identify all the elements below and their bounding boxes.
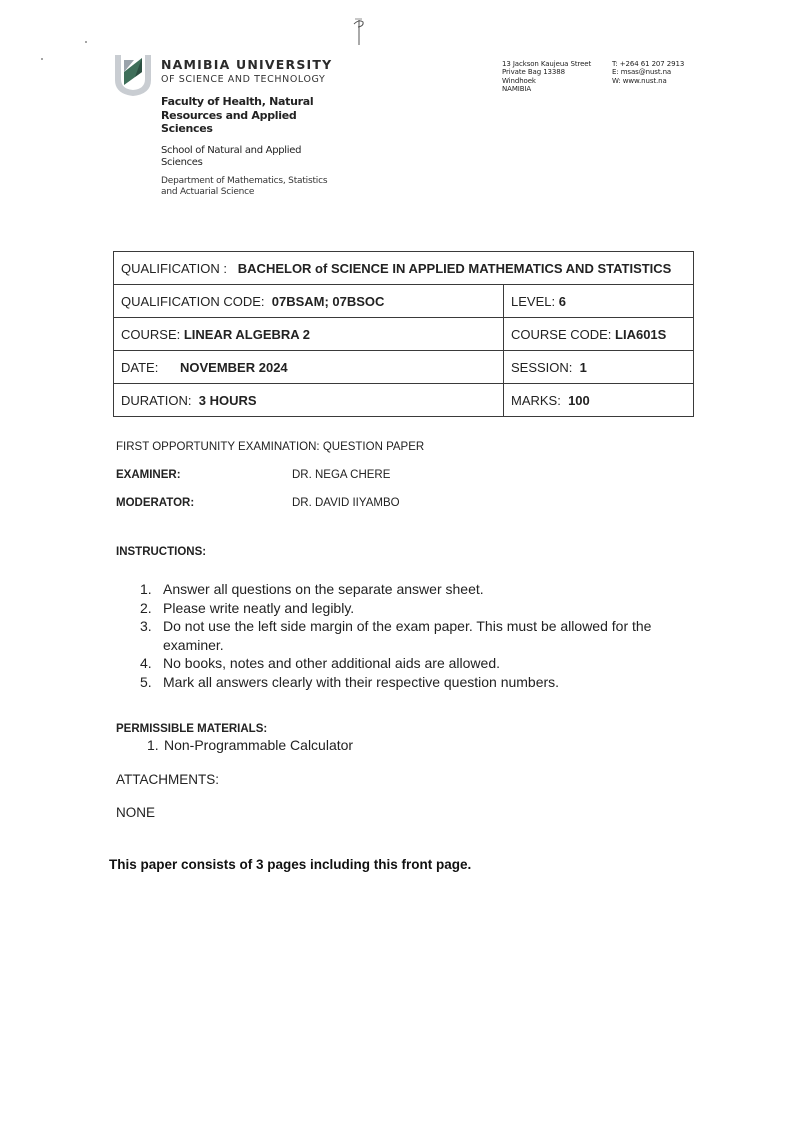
instructions-heading: INSTRUCTIONS: [116,546,206,558]
course-code-label: COURSE CODE: [511,327,611,342]
course-cell: COURSE: LINEAR ALGEBRA 2 [114,318,504,351]
postal-address: 13 Jackson Kaujeua Street Private Bag 13… [502,60,591,94]
qualification-code-value: 07BSAM; 07BSOC [272,294,385,309]
item-number: 1. [140,580,163,599]
course-code-value: LIA601S [615,327,666,342]
marks-value: 100 [568,393,590,408]
contact-website: W: www.nust.na [612,77,684,85]
faculty-name: Faculty of Health, Natural Resources and… [161,95,331,136]
contact-email: E: msas@nust.na [612,68,684,76]
list-item: 4.No books, notes and other additional a… [140,654,680,673]
level-cell: LEVEL: 6 [504,285,694,318]
instructions-list: 1.Answer all questions on the separate a… [140,580,680,691]
table-row: QUALIFICATION : BACHELOR of SCIENCE IN A… [114,252,694,285]
list-item: 5.Mark all answers clearly with their re… [140,673,680,692]
session-value: 1 [580,360,587,375]
course-code-cell: COURSE CODE: LIA601S [504,318,694,351]
list-item: 1.Non-Programmable Calculator [147,737,353,753]
table-row: QUALIFICATION CODE: 07BSAM; 07BSOC LEVEL… [114,285,694,318]
table-row: DURATION: 3 HOURS MARKS: 100 [114,384,694,417]
marks-label: MARKS: [511,393,561,408]
permissible-materials-heading: PERMISSIBLE MATERIALS: [116,723,267,735]
moderator-label: MODERATOR: [116,497,194,509]
item-number: 3. [140,617,163,654]
item-text: Please write neatly and legibly. [163,599,680,618]
session-label: SESSION: [511,360,572,375]
list-item: 3.Do not use the left side margin of the… [140,617,680,654]
marks-cell: MARKS: 100 [504,384,694,417]
exam-type: FIRST OPPORTUNITY EXAMINATION: QUESTION … [116,441,424,453]
item-text: Mark all answers clearly with their resp… [163,673,680,692]
scan-speck [85,41,87,43]
address-line: Windhoek [502,77,591,85]
table-row: COURSE: LINEAR ALGEBRA 2 COURSE CODE: LI… [114,318,694,351]
item-text: Answer all questions on the separate ans… [163,580,680,599]
attachments-value: NONE [116,805,155,820]
qualification-cell: QUALIFICATION : BACHELOR of SCIENCE IN A… [114,252,694,285]
moderator-name: DR. DAVID IIYAMBO [292,497,400,509]
department-name: Department of Mathematics, Statistics an… [161,176,331,198]
contact-phone: T: +264 61 207 2913 [612,60,684,68]
item-number: 2. [140,599,163,618]
examiner-name: DR. NEGA CHERE [292,469,390,481]
page-count-note: This paper consists of 3 pages including… [109,857,471,872]
date-value: NOVEMBER 2024 [180,360,288,375]
duration-label: DURATION: [121,393,192,408]
address-line: Private Bag 13388 [502,68,591,76]
qualification-code-cell: QUALIFICATION CODE: 07BSAM; 07BSOC [114,285,504,318]
duration-cell: DURATION: 3 HOURS [114,384,504,417]
session-cell: SESSION: 1 [504,351,694,384]
handwritten-p-mark-icon [352,18,366,46]
item-number: 1. [147,737,164,753]
attachments-label: ATTACHMENTS: [116,772,219,787]
list-item: 2.Please write neatly and legibly. [140,599,680,618]
school-name: School of Natural and Applied Sciences [161,145,331,168]
address-line: 13 Jackson Kaujeua Street [502,60,591,68]
university-name: NAMIBIA UNIVERSITY [161,57,332,72]
item-text: Non-Programmable Calculator [164,737,353,753]
duration-value: 3 HOURS [199,393,257,408]
examiner-label: EXAMINER: [116,469,181,481]
date-label: DATE: [121,360,158,375]
exam-info-table: QUALIFICATION : BACHELOR of SCIENCE IN A… [113,251,694,417]
address-line: NAMIBIA [502,85,591,93]
qualification-code-label: QUALIFICATION CODE: [121,294,265,309]
level-label: LEVEL: [511,294,555,309]
list-item: 1.Answer all questions on the separate a… [140,580,680,599]
item-number: 4. [140,654,163,673]
item-text: Do not use the left side margin of the e… [163,617,680,654]
item-number: 5. [140,673,163,692]
permissible-materials-list: 1.Non-Programmable Calculator [147,737,353,753]
qualification-label: QUALIFICATION : [121,261,227,276]
contact-details: T: +264 61 207 2913 E: msas@nust.na W: w… [612,60,684,85]
qualification-value: BACHELOR of SCIENCE IN APPLIED MATHEMATI… [238,261,672,276]
table-row: DATE: NOVEMBER 2024 SESSION: 1 [114,351,694,384]
nust-shield-logo-icon [112,52,154,98]
course-value: LINEAR ALGEBRA 2 [184,327,310,342]
university-subtitle: OF SCIENCE AND TECHNOLOGY [161,74,325,85]
item-text: No books, notes and other additional aid… [163,654,680,673]
scan-speck [41,58,43,60]
course-label: COURSE: [121,327,180,342]
level-value: 6 [559,294,566,309]
date-cell: DATE: NOVEMBER 2024 [114,351,504,384]
